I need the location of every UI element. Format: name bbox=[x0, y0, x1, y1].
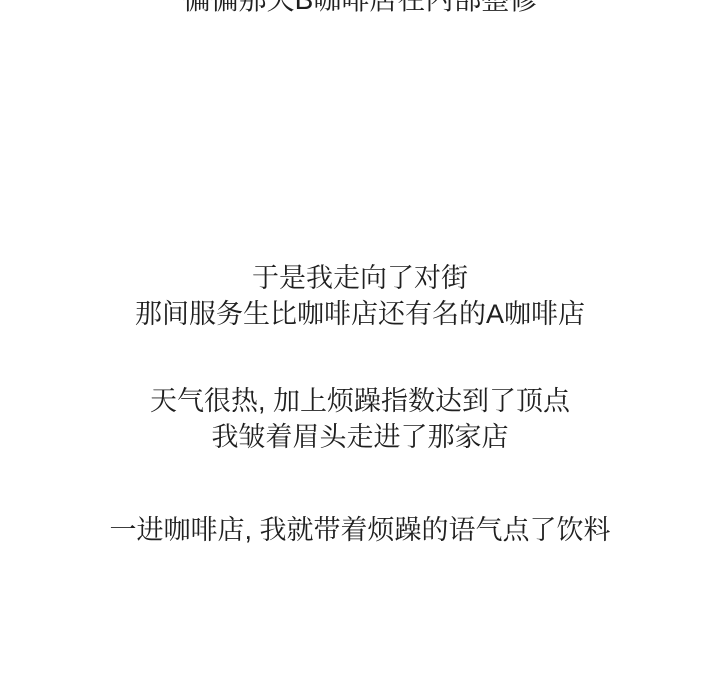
caption-block-4: 一进咖啡店, 我就带着烦躁的语气点了饮料 bbox=[0, 512, 720, 548]
caption-text: 于是我走向了对街 bbox=[0, 260, 720, 296]
caption-block-2: 于是我走向了对街 那间服务生比咖啡店还有名的A咖啡店 bbox=[0, 260, 720, 332]
caption-block-3: 天气很热, 加上烦躁指数达到了顶点 我皱着眉头走进了那家店 bbox=[0, 383, 720, 455]
caption-text: 天气很热, 加上烦躁指数达到了顶点 bbox=[0, 383, 720, 419]
caption-text: 那间服务生比咖啡店还有名的A咖啡店 bbox=[0, 296, 720, 332]
caption-text: 我皱着眉头走进了那家店 bbox=[0, 419, 720, 455]
comic-page: 偏偏那天B咖啡店在内部整修 于是我走向了对街 那间服务生比咖啡店还有名的A咖啡店… bbox=[0, 0, 720, 700]
caption-clipped-top: 偏偏那天B咖啡店在内部整修 bbox=[0, 0, 720, 14]
